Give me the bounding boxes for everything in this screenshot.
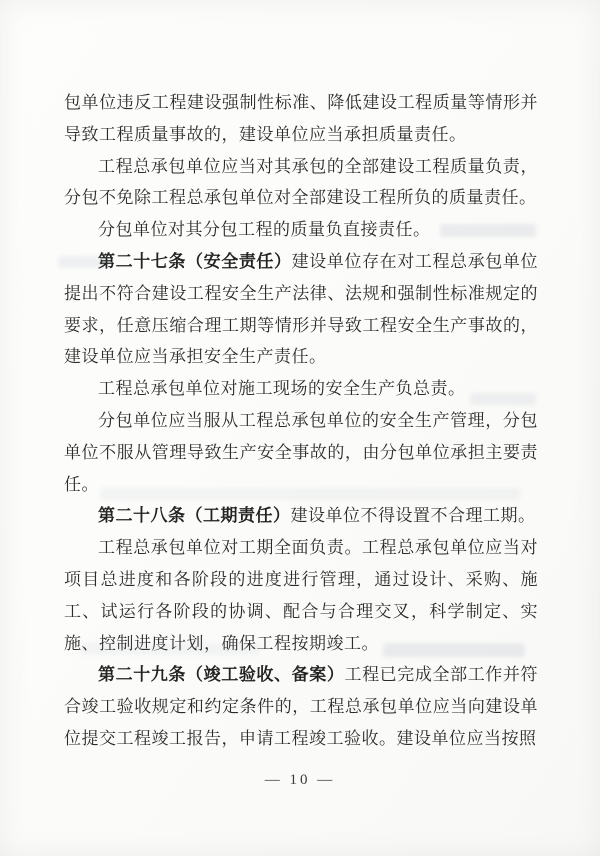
paragraph: 工程总承包单位对工期全面负责。工程总承包单位应当对项目总进度和各阶段的进度进行管…: [64, 532, 538, 659]
article-29-heading: 第二十九条（竣工验收、备案）: [98, 665, 344, 684]
paragraph-text: 工程总承包单位应当对其承包的全部建设工程质量负责，分包不免除工程总承包单位对全部…: [64, 157, 538, 208]
page-number: — 10 —: [0, 772, 600, 789]
paragraph-text: 分包单位对其分包工程的质量负直接责任。: [98, 220, 431, 239]
paragraph-article-28: 第二十八条（工期责任）建设单位不得设置不合理工期。: [64, 500, 538, 532]
paragraph-text: 分包单位应当服从工程总承包单位的安全生产管理，分包单位不服从管理导致生产安全事故…: [64, 411, 538, 494]
paragraph-text: 包单位违反工程建设强制性标准、降低建设工程质量等情形并导致工程质量事故的，建设单…: [64, 93, 538, 144]
paragraph-continuation: 包单位违反工程建设强制性标准、降低建设工程质量等情形并导致工程质量事故的，建设单…: [64, 87, 538, 151]
paragraph-text: 工程总承包单位对工期全面负责。工程总承包单位应当对项目总进度和各阶段的进度进行管…: [64, 538, 538, 652]
paragraph: 分包单位对其分包工程的质量负直接责任。: [64, 214, 538, 246]
scanned-document-page: 包单位违反工程建设强制性标准、降低建设工程质量等情形并导致工程质量事故的，建设单…: [0, 0, 600, 856]
paragraph: 工程总承包单位应当对其承包的全部建设工程质量负责，分包不免除工程总承包单位对全部…: [64, 151, 538, 215]
document-body: 包单位违反工程建设强制性标准、降低建设工程质量等情形并导致工程质量事故的，建设单…: [64, 87, 538, 755]
paragraph-article-27: 第二十七条（安全责任）建设单位存在对工程总承包单位提出不符合建设工程安全生产法律…: [64, 246, 538, 373]
article-27-heading: 第二十七条（安全责任）: [98, 252, 292, 271]
article-28-heading: 第二十八条（工期责任）: [98, 506, 291, 525]
paragraph-article-29: 第二十九条（竣工验收、备案）工程已完成全部工作并符合竣工验收规定和约定条件的，工…: [64, 659, 538, 754]
paragraph-text: 建设单位不得设置不合理工期。: [291, 506, 536, 525]
paragraph-text: 工程总承包单位对施工现场的安全生产负总责。: [98, 379, 466, 398]
paragraph: 分包单位应当服从工程总承包单位的安全生产管理，分包单位不服从管理导致生产安全事故…: [64, 405, 538, 500]
paragraph: 工程总承包单位对施工现场的安全生产负总责。: [64, 373, 538, 405]
